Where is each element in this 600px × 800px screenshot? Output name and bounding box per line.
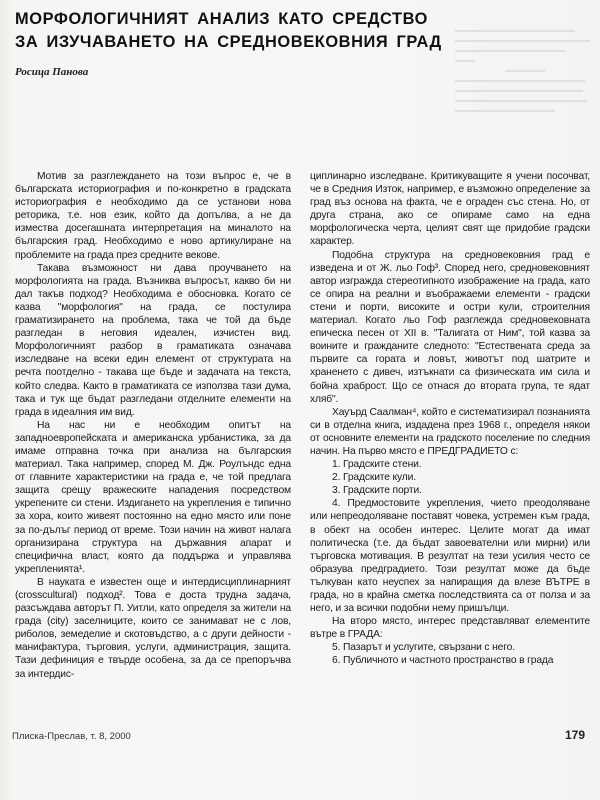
list-item: 2. Градските кули. xyxy=(310,471,590,484)
bleed-through-texture xyxy=(455,22,595,152)
paragraph: На второ място, интерес представляват ел… xyxy=(310,615,590,641)
paragraph: Подобна структура на средновековния град… xyxy=(310,249,590,406)
document-page: МОРФОЛОГИЧНИЯТ АНАЛИЗ КАТО СРЕДСТВО ЗА И… xyxy=(0,0,600,800)
list-item: 6. Публичното и частното пространство в … xyxy=(310,654,590,667)
list-item: 1. Градските стени. xyxy=(310,458,590,471)
paragraph: На нас ни е необходим опитът на западное… xyxy=(15,419,291,576)
title-line-1: МОРФОЛОГИЧНИЯТ АНАЛИЗ КАТО СРЕДСТВО xyxy=(15,8,442,31)
list-item: 5. Пазарът и услугите, свързани с него. xyxy=(310,641,590,654)
list-item: 4. Предмостовите укрепления, чието преод… xyxy=(310,497,590,615)
page-number: 179 xyxy=(565,728,585,742)
article-title: МОРФОЛОГИЧНИЯТ АНАЛИЗ КАТО СРЕДСТВО ЗА И… xyxy=(15,8,442,54)
footer-publication: Плиска-Преслав, т. 8, 2000 xyxy=(12,731,131,742)
paragraph: В науката е известен още и интердисципли… xyxy=(15,576,291,681)
paragraph-continued: циплинарно изследване. Критикуващите я у… xyxy=(310,170,590,249)
list-item: 3. Градските порти. xyxy=(310,484,590,497)
title-line-2: ЗА ИЗУЧАВАНЕТО НА СРЕДНОВЕКОВНИЯ ГРАД xyxy=(15,31,442,54)
paragraph: Такава възможност ни дава проучването на… xyxy=(15,262,291,419)
author-name: Росица Панова xyxy=(15,66,88,78)
paragraph: Хауърд Саалман⁴, който е систематизирал … xyxy=(310,406,590,458)
right-column: циплинарно изследване. Критикуващите я у… xyxy=(310,170,590,668)
paragraph: Мотив за разглеждането на този въпрос е,… xyxy=(15,170,291,262)
left-column: Мотив за разглеждането на този въпрос е,… xyxy=(15,170,291,681)
